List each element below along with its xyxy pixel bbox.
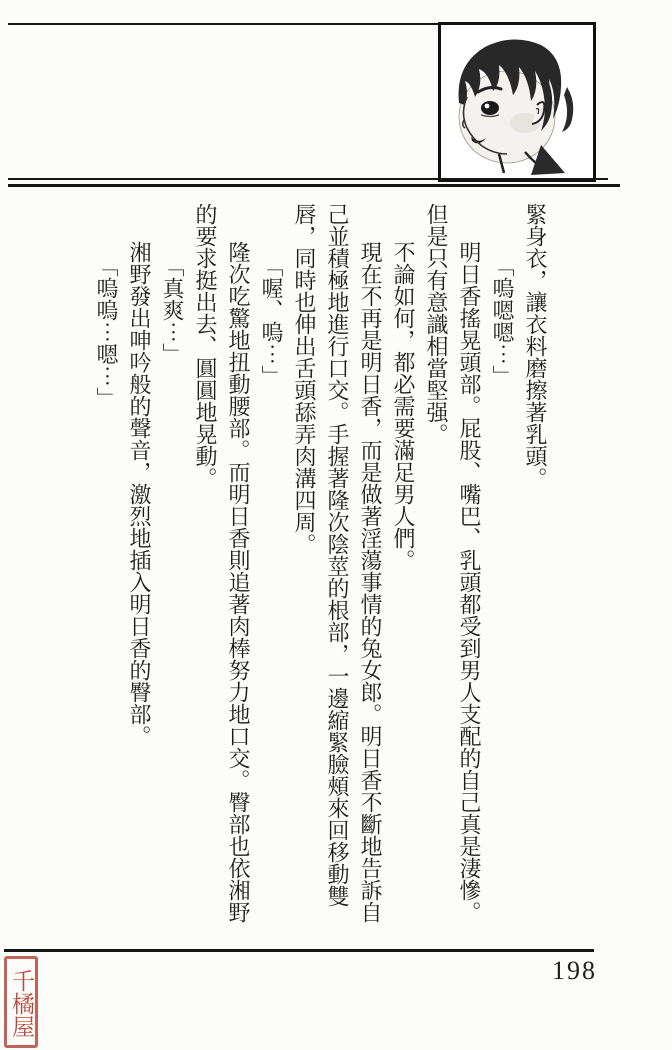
book-page: { "page": { "number": "198", "background… — [0, 0, 672, 1050]
text-column: 「嗚嗯嗯⋯」 — [486, 203, 519, 1003]
text-column: 隆次吃驚地扭動腰部。而明日香則追著肉棒努力地口交。臀部也依湘野 — [222, 203, 255, 989]
text-column: 「真爽⋯」 — [156, 203, 189, 1003]
publisher-seal: 千橘屋 — [4, 956, 38, 1048]
text-column: 唇，同時也伸出舌頭舔弄肉溝四周。 — [288, 203, 321, 951]
footer-rule — [4, 949, 594, 952]
text-column: 不論如何，都必需要滿足男人們。 — [387, 203, 420, 989]
text-column: 「喔、嗚⋯」 — [255, 203, 288, 1003]
divider-rule-thick — [8, 184, 620, 187]
text-column: 湘野發出呻吟般的聲音，激烈地插入明日香的臀部。 — [123, 203, 156, 989]
text-column: 己並積極地進行口交。手握著隆次陰莖的根部，一邊縮緊臉頰來回移動雙 — [321, 203, 354, 951]
text-column: 「嗚嗚⋯嗯⋯」 — [90, 203, 123, 1003]
text-column: 明日香搖晃頭部。屁股、嘴巴、乳頭都受到男人支配的自己真是淒慘。 — [453, 203, 486, 989]
text-columns: 緊身衣，讓衣料磨擦著乳頭。「嗚嗯嗯⋯」明日香搖晃頭部。屁股、嘴巴、乳頭都受到男人… — [90, 203, 552, 951]
illustration-frame — [438, 22, 596, 182]
portrait-illustration — [441, 25, 593, 179]
text-column: 但是只有意識相當堅强。 — [420, 203, 453, 951]
text-column: 現在不再是明日香，而是做著淫蕩事情的兔女郎。明日香不斷地告訴自 — [354, 203, 387, 989]
divider-rule-thin — [8, 178, 608, 180]
seal-text: 千橘屋 — [8, 969, 34, 1038]
page-number: 198 — [552, 956, 602, 986]
text-column: 緊身衣，讓衣料磨擦著乳頭。 — [519, 203, 552, 951]
text-column: 的要求挺出去、圓圓地晃動。 — [189, 203, 222, 951]
